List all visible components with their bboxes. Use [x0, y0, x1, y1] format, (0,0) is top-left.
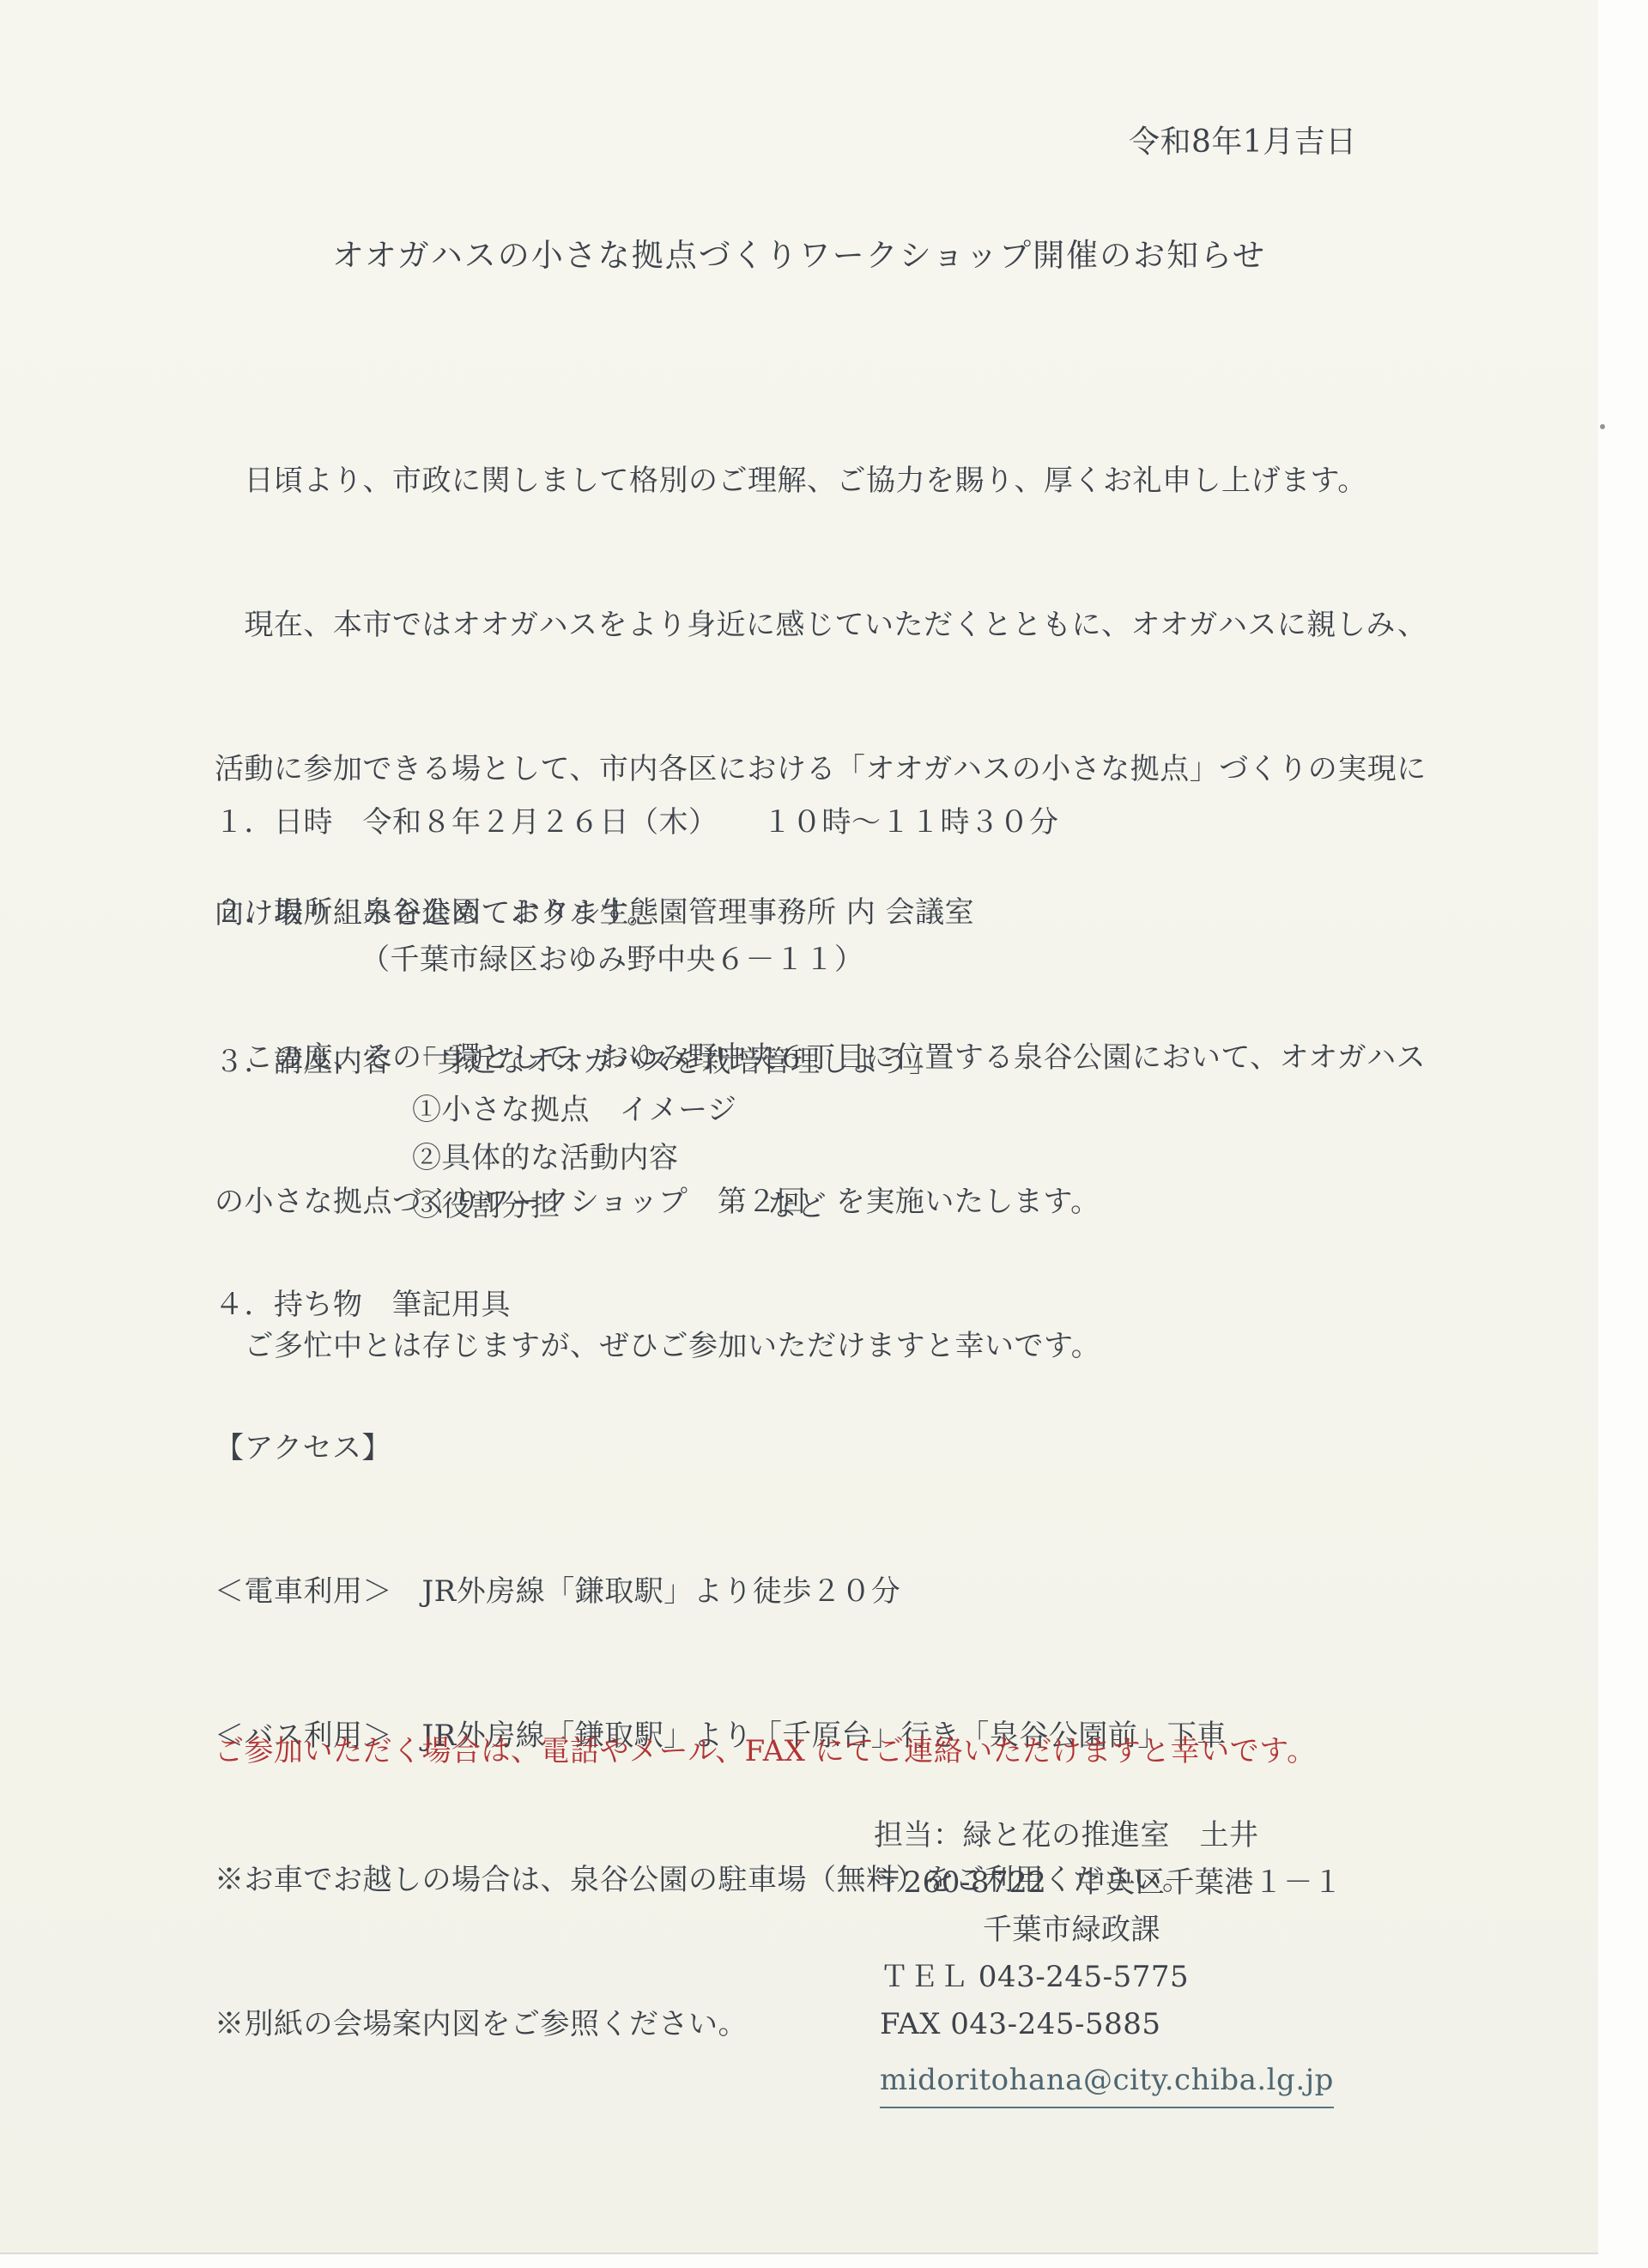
item-place-address: （千葉市緑区おゆみ野中央６－１１）: [360, 936, 864, 984]
contact-department: 千葉市緑政課: [983, 1906, 1160, 1954]
item-datetime: １．日時 令和８年２月２６日（木） １０時～１１時３０分: [215, 798, 1059, 846]
item-course-title: ３．講座内容 「身近なオオガハスを栽培管理しよう」: [215, 1038, 938, 1086]
course-subitem-1: ①小さな拠点 イメージ: [412, 1086, 736, 1134]
scan-speck-artifact: [1600, 424, 1605, 429]
access-section-header: 【アクセス】: [215, 1424, 391, 1472]
course-subitem-2: ②具体的な活動内容: [412, 1134, 679, 1182]
intro-line: 活動に参加できる場として、市内各区における「オオガハスの小さな拠点」づくりの実現…: [215, 745, 1427, 793]
course-subitem-3: ③役割分担 など: [412, 1182, 827, 1230]
intro-line: 現在、本市ではオオガハスをより身近に感じていただくとともに、オオガハスに親しみ、: [215, 601, 1427, 649]
scanned-document-canvas: 令和8年1月吉日 オオガハスの小さな拠点づくりワークショップ開催のお知らせ 日頃…: [0, 0, 1648, 2268]
item-belongings: ４．持ち物 筆記用具: [215, 1281, 511, 1329]
intro-line: ご多忙中とは存じますが、ぜひご参加いただけますと幸いです。: [215, 1322, 1427, 1370]
access-train-line: ＜電車利用＞ JR外房線「鎌取駅」より徒歩２０分: [215, 1568, 1227, 1616]
document-page: 令和8年1月吉日 オオガハスの小さな拠点づくりワークショップ開催のお知らせ 日頃…: [0, 0, 1598, 2254]
contact-email-link[interactable]: midoritohana@city.chiba.lg.jp: [880, 2056, 1334, 2108]
item-place: ２．場所 泉谷公園 ホタル生態園管理事務所 内 会議室: [215, 888, 974, 937]
intro-line: 日頃より、市政に関しまして格別のご理解、ご協力を賜り、厚くお礼申し上げます。: [215, 457, 1427, 505]
contact-person: 担当：緑と花の推進室 土井: [874, 1811, 1259, 1859]
contact-postal-address: 〒260‐8722 中央区千葉港１－１: [874, 1859, 1342, 1907]
participation-contact-note: ご参加いただく場合は、電話やメール、FAX にてご連絡いただけますと幸いです。: [215, 1727, 1317, 1775]
contact-tel: ＴＥＬ 043-245-5775: [880, 1953, 1189, 2001]
document-title: オオガハスの小さな拠点づくりワークショップ開催のお知らせ: [0, 232, 1598, 280]
contact-fax: FAX 043-245-5885: [880, 2000, 1161, 2048]
document-date: 令和8年1月吉日: [1129, 118, 1357, 167]
